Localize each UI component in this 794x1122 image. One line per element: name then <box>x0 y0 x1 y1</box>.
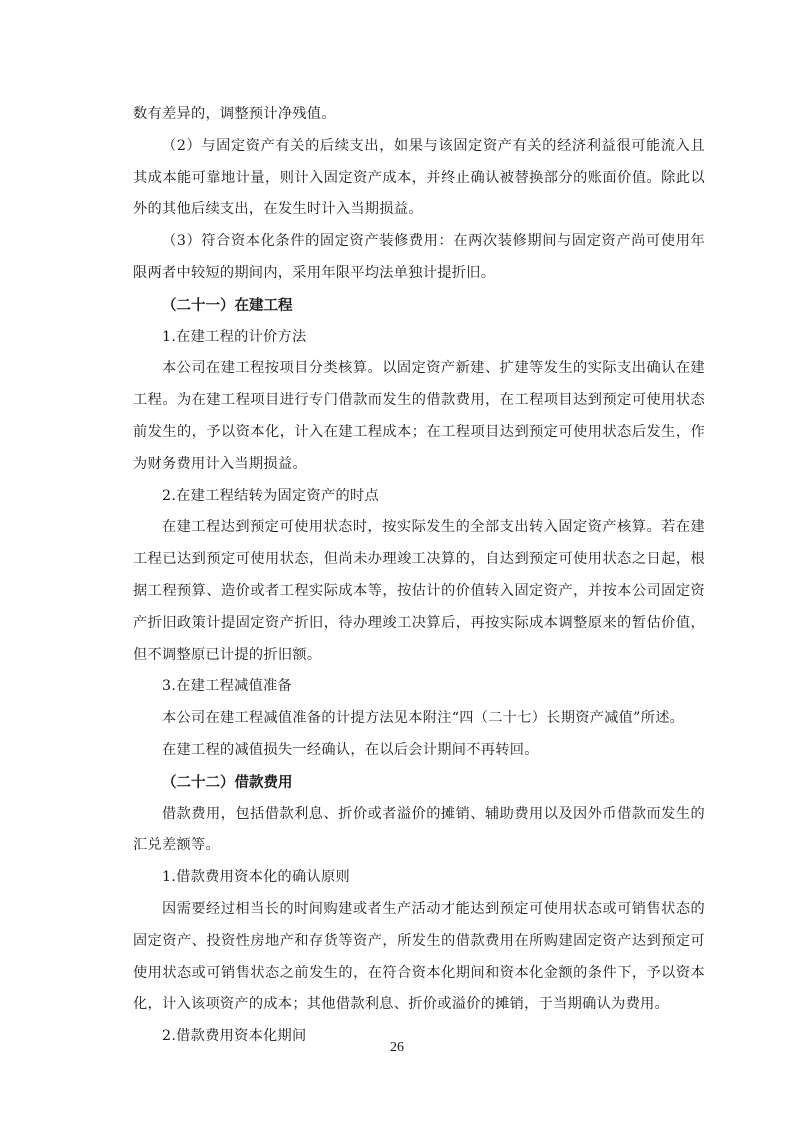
subheading-transfer-timing: 2.在建工程结转为固定资产的时点 <box>133 481 705 513</box>
paragraph-capitalization-principle: 因需要经过相当长的时间购建或者生产活动才能达到预定可使用状态或可销售状态的固定资… <box>133 894 705 1021</box>
section-heading-construction-in-progress: （二十一）在建工程 <box>133 290 705 322</box>
subheading-valuation-method: 1.在建工程的计价方法 <box>133 322 705 354</box>
paragraph-renovation-costs: （3）符合资本化条件的固定资产装修费用：在两次装修期间与固定资产尚可使用年限两者… <box>133 226 705 290</box>
paragraph-transfer-timing: 在建工程达到预定可使用状态时，按实际发生的全部支出转入固定资产核算。若在建工程已… <box>133 512 705 671</box>
document-page: 数有差异的，调整预计净残值。 （2）与固定资产有关的后续支出，如果与该固定资产有… <box>0 0 794 1122</box>
paragraph-continuation: 数有差异的，调整预计净残值。 <box>133 99 705 131</box>
paragraph-valuation-method: 本公司在建工程按项目分类核算。以固定资产新建、扩建等发生的实际支出确认在建工程。… <box>133 353 705 480</box>
paragraph-impairment-method: 本公司在建工程减值准备的计提方法见本附注“四（二十七）长期资产减值”所述。 <box>133 703 705 735</box>
page-number: 26 <box>0 1040 794 1056</box>
subheading-impairment: 3.在建工程减值准备 <box>133 671 705 703</box>
paragraph-impairment-no-reversal: 在建工程的减值损失一经确认，在以后会计期间不再转回。 <box>133 735 705 767</box>
subheading-capitalization-principle: 1.借款费用资本化的确认原则 <box>133 862 705 894</box>
paragraph-subsequent-expenditure: （2）与固定资产有关的后续支出，如果与该固定资产有关的经济利益很可能流入且其成本… <box>133 131 705 226</box>
section-heading-borrowing-costs: （二十二）借款费用 <box>133 767 705 799</box>
page-body: 数有差异的，调整预计净残值。 （2）与固定资产有关的后续支出，如果与该固定资产有… <box>133 99 705 1053</box>
paragraph-borrowing-costs-definition: 借款费用，包括借款利息、折价或者溢价的摊销、辅助费用以及因外币借款而发生的汇兑差… <box>133 799 705 863</box>
